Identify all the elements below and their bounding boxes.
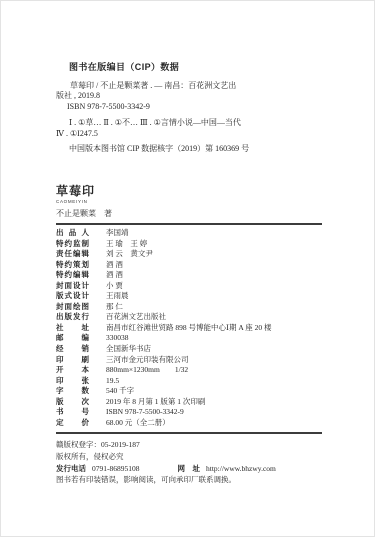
credit-label: 经销: [56, 344, 89, 355]
credit-value: 刘 云 黄文尹: [106, 249, 153, 258]
credit-label: 印刷: [56, 355, 89, 366]
credit-label: 版式设计: [56, 291, 89, 302]
credit-value: 全国新华书店: [106, 344, 151, 353]
credit-label: 特约编辑: [56, 270, 89, 281]
cip-description-line-2: 版社 , 2019.8: [56, 91, 324, 102]
credit-row: 出品人李国靖: [56, 228, 346, 239]
credit-row: 封面绘图那 仁: [56, 302, 346, 313]
cip-description-line-1: 草莓印 / 不止是颗菜著 . — 南昌：百花洲文艺出: [70, 81, 324, 92]
credit-value: 酒 酒: [106, 270, 123, 279]
cip-classification-line-1: Ⅰ . ①草… Ⅱ . ①不… Ⅲ . ①言情小说—中国—当代: [69, 118, 324, 129]
credit-value: 百花洲文艺出版社: [106, 312, 166, 321]
misprint-exchange-notice: 图书若有印装错误，影响阅读，可向承印厂联系调换。: [56, 474, 346, 486]
credit-value: 2019 年 8 月第 1 版第 1 次印刷: [106, 397, 205, 406]
cip-header: 图书在版编目（CIP）数据: [69, 62, 324, 73]
phone-label: 发行电话: [56, 464, 86, 473]
copyright-notice-line: 版权所有，侵权必究: [56, 451, 346, 463]
credit-value: 酒 酒: [106, 260, 123, 269]
cip-isbn-line: ISBN 978-7-5500-3342-9: [67, 102, 324, 113]
cip-section: 图书在版编目（CIP）数据 草莓印 / 不止是颗菜著 . — 南昌：百花洲文艺出…: [56, 62, 324, 155]
contact-line: 发行电话0791-86895108网 址http://www.bhzwy.com: [56, 463, 346, 475]
credit-row: 经销全国新华书店: [56, 344, 346, 355]
credit-row: 开本880mm×1230mm 1/32: [56, 365, 346, 376]
credit-row: 书号ISBN 978-7-5500-3342-9: [56, 407, 346, 418]
credit-label: 版次: [56, 397, 89, 408]
title-block: 草莓印 CAOMEIYIN 不止是颗菜 著: [56, 185, 112, 218]
credit-label: 特约策划: [56, 260, 89, 271]
credit-value: ISBN 978-7-5500-3342-9: [106, 407, 184, 416]
credit-row: 特约编辑酒 酒: [56, 270, 346, 281]
credit-value: 330038: [106, 333, 129, 342]
credit-value: 19.5: [106, 376, 119, 385]
credit-label: 开本: [56, 365, 89, 376]
credit-value: 540 千字: [106, 386, 134, 395]
credit-label: 字数: [56, 386, 89, 397]
credit-label: 封面绘图: [56, 302, 89, 313]
credit-row: 特约策划酒 酒: [56, 260, 346, 271]
cip-record-number: 中国版本图书馆 CIP 数据核字（2019）第 160369 号: [69, 144, 324, 155]
credit-value: 小 贾: [106, 281, 123, 290]
credit-row: 出版发行百花洲文艺出版社: [56, 312, 346, 323]
credit-value: 南昌市红谷滩世贸路 898 号博能中心Ⅰ期 A 座 20 楼: [106, 323, 271, 332]
credit-label: 邮编: [56, 333, 89, 344]
credit-value: 三河市金元印装有限公司: [106, 355, 189, 364]
credit-label: 封面设计: [56, 281, 89, 292]
credit-row: 社址南昌市红谷滩世贸路 898 号博能中心Ⅰ期 A 座 20 楼: [56, 323, 346, 334]
footer-section: 赣版权登字：05-2019-187 版权所有，侵权必究 发行电话0791-868…: [56, 439, 346, 486]
credit-label: 定价: [56, 418, 89, 429]
credits-list: 出品人李国靖特约监制王 瑜 王 婷责任编辑刘 云 黄文尹特约策划酒 酒特约编辑酒…: [56, 228, 346, 428]
credit-label: 责任编辑: [56, 249, 89, 260]
credit-row: 印刷三河市金元印装有限公司: [56, 355, 346, 366]
phone-value: 0791-86895108: [92, 464, 140, 473]
copyright-register-line: 赣版权登字：05-2019-187: [56, 439, 346, 451]
credit-row: 邮编330038: [56, 333, 346, 344]
divider-bottom: [56, 432, 322, 434]
credit-row: 特约监制王 瑜 王 婷: [56, 239, 346, 250]
credit-value: 880mm×1230mm 1/32: [106, 365, 188, 374]
author-line: 不止是颗菜 著: [56, 209, 112, 218]
credit-value: 那 仁: [106, 302, 123, 311]
website-value: http://www.bhzwy.com: [206, 464, 276, 473]
copyright-page: 图书在版编目（CIP）数据 草莓印 / 不止是颗菜著 . — 南昌：百花洲文艺出…: [0, 0, 375, 537]
credit-row: 定价68.00 元（全二册）: [56, 418, 346, 429]
credit-label: 印张: [56, 376, 89, 387]
credit-value: 68.00 元（全二册）: [106, 418, 170, 427]
credit-label: 特约监制: [56, 239, 89, 250]
credit-row: 版次2019 年 8 月第 1 版第 1 次印刷: [56, 397, 346, 408]
credit-label: 出品人: [56, 228, 89, 239]
credit-label: 社址: [56, 323, 89, 334]
book-title-pinyin: CAOMEIYIN: [56, 199, 112, 205]
credit-row: 责任编辑刘 云 黄文尹: [56, 249, 346, 260]
credit-value: 李国靖: [106, 228, 129, 237]
book-title: 草莓印: [56, 185, 112, 198]
credit-value: 王雨晨: [106, 291, 129, 300]
credit-label: 出版发行: [56, 312, 89, 323]
cip-classification-line-2: Ⅳ . ①I247.5: [56, 129, 324, 140]
divider-top: [56, 223, 322, 225]
credit-row: 字数540 千字: [56, 386, 346, 397]
website-label: 网 址: [178, 464, 201, 473]
credit-row: 封面设计小 贾: [56, 281, 346, 292]
credit-label: 书号: [56, 407, 89, 418]
credit-row: 印张19.5: [56, 376, 346, 387]
credit-row: 版式设计王雨晨: [56, 291, 346, 302]
credit-value: 王 瑜 王 婷: [106, 239, 147, 248]
